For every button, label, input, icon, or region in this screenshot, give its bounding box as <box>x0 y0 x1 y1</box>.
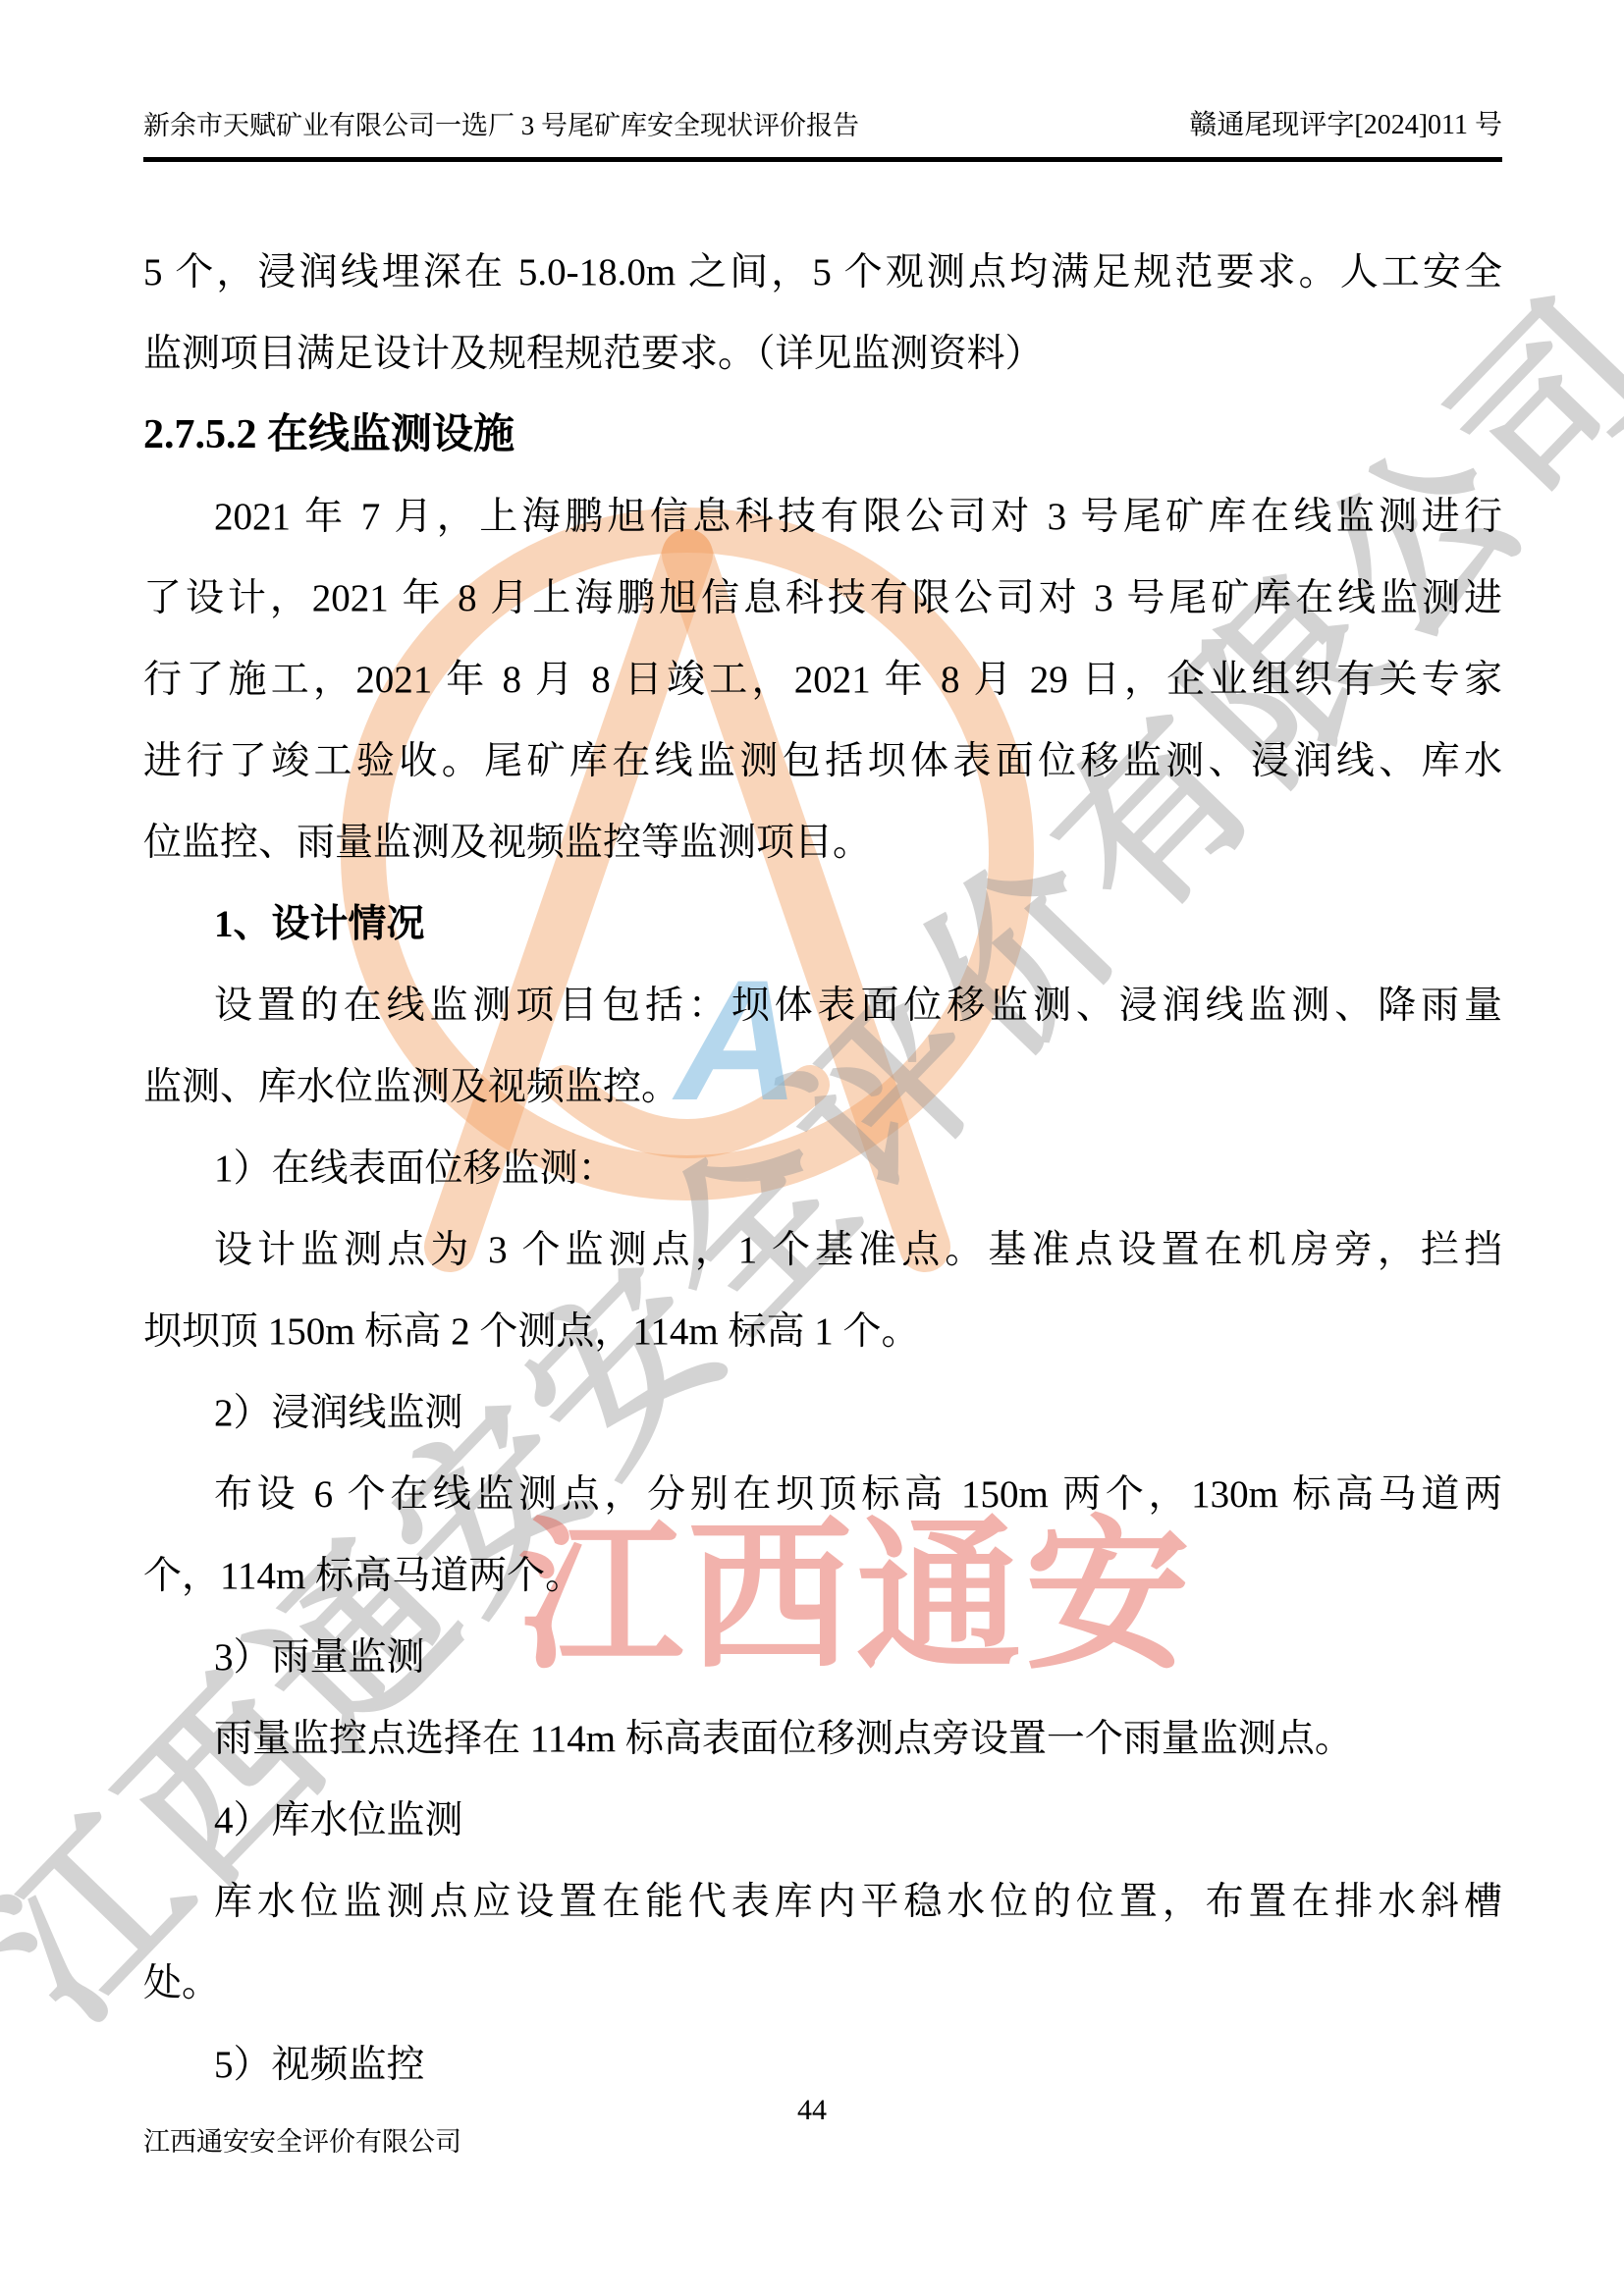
paragraph-line: 设置的在线监测项目包括：坝体表面位移监测、浸润线监测、降雨量 <box>143 965 1502 1046</box>
paragraph-line: 5 个，浸润线埋深在 5.0-18.0m 之间，5 个观测点均满足规范要求。人工… <box>143 232 1502 313</box>
paragraph-line: 进行了竣工验收。尾矿库在线监测包括坝体表面位移监测、浸润线、库水 <box>143 721 1502 802</box>
paragraph-line: 坝坝顶 150m 标高 2 个测点，114m 标高 1 个。 <box>143 1291 1502 1372</box>
paragraph-line: 处。 <box>143 1943 1502 2024</box>
paragraph-line: 雨量监控点选择在 114m 标高表面位移测点旁设置一个雨量监测点。 <box>143 1698 1502 1780</box>
paragraph-line: 位监控、雨量监测及视频监控等监测项目。 <box>143 802 1502 883</box>
paragraph-line: 设计监测点为 3 个监测点，1 个基准点。基准点设置在机房旁，拦挡 <box>143 1209 1502 1291</box>
paragraph-line: 了设计，2021 年 8 月上海鹏旭信息科技有限公司对 3 号尾矿库在线监测进 <box>143 558 1502 639</box>
body-lines: 5 个，浸润线埋深在 5.0-18.0m 之间，5 个观测点均满足规范要求。人工… <box>143 232 1502 2106</box>
paragraph-line: 个，114m 标高马道两个。 <box>143 1535 1502 1617</box>
paragraph-line: 监测、库水位监测及视频监控。 <box>143 1046 1502 1128</box>
document-body: 5 个，浸润线埋深在 5.0-18.0m 之间，5 个观测点均满足规范要求。人工… <box>143 232 1502 2106</box>
paragraph-line: 2021 年 7 月，上海鹏旭信息科技有限公司对 3 号尾矿库在线监测进行 <box>143 476 1502 558</box>
footer-company-name: 江西通安安全评价有限公司 <box>143 2120 461 2159</box>
header-right-doc-number: 赣通尾现评字[2024]011 号 <box>1189 106 1502 145</box>
header-left-title: 新余市天赋矿业有限公司一选厂 3 号尾矿库安全现状评价报告 <box>143 106 859 145</box>
paragraph-line: 库水位监测点应设置在能代表库内平稳水位的位置，布置在排水斜槽 <box>143 1861 1502 1943</box>
paragraph-line: 监测项目满足设计及规程规范要求。（详见监测资料） <box>143 313 1502 395</box>
list-item-label: 4）库水位监测 <box>143 1780 1502 1861</box>
list-item-label: 3）雨量监测 <box>143 1617 1502 1698</box>
list-item-label: 2）浸润线监测 <box>143 1372 1502 1454</box>
paragraph-line: 布设 6 个在线监测点，分别在坝顶标高 150m 两个，130m 标高马道两 <box>143 1454 1502 1535</box>
section-heading: 2.7.5.2 在线监测设施 <box>143 395 1502 476</box>
paragraph-line: 行了施工，2021 年 8 月 8 日竣工，2021 年 8 月 29 日，企业… <box>143 639 1502 721</box>
report-page: 江西通安安全评价有限公司 A 江西通安 新余市天赋矿业有限公司一选厂 3 号尾矿… <box>0 0 1624 2296</box>
list-item-label: 1）在线表面位移监测： <box>143 1128 1502 1209</box>
page-header: 新余市天赋矿业有限公司一选厂 3 号尾矿库安全现状评价报告 赣通尾现评字[202… <box>143 106 1502 162</box>
sub-heading: 1、设计情况 <box>143 883 1502 965</box>
